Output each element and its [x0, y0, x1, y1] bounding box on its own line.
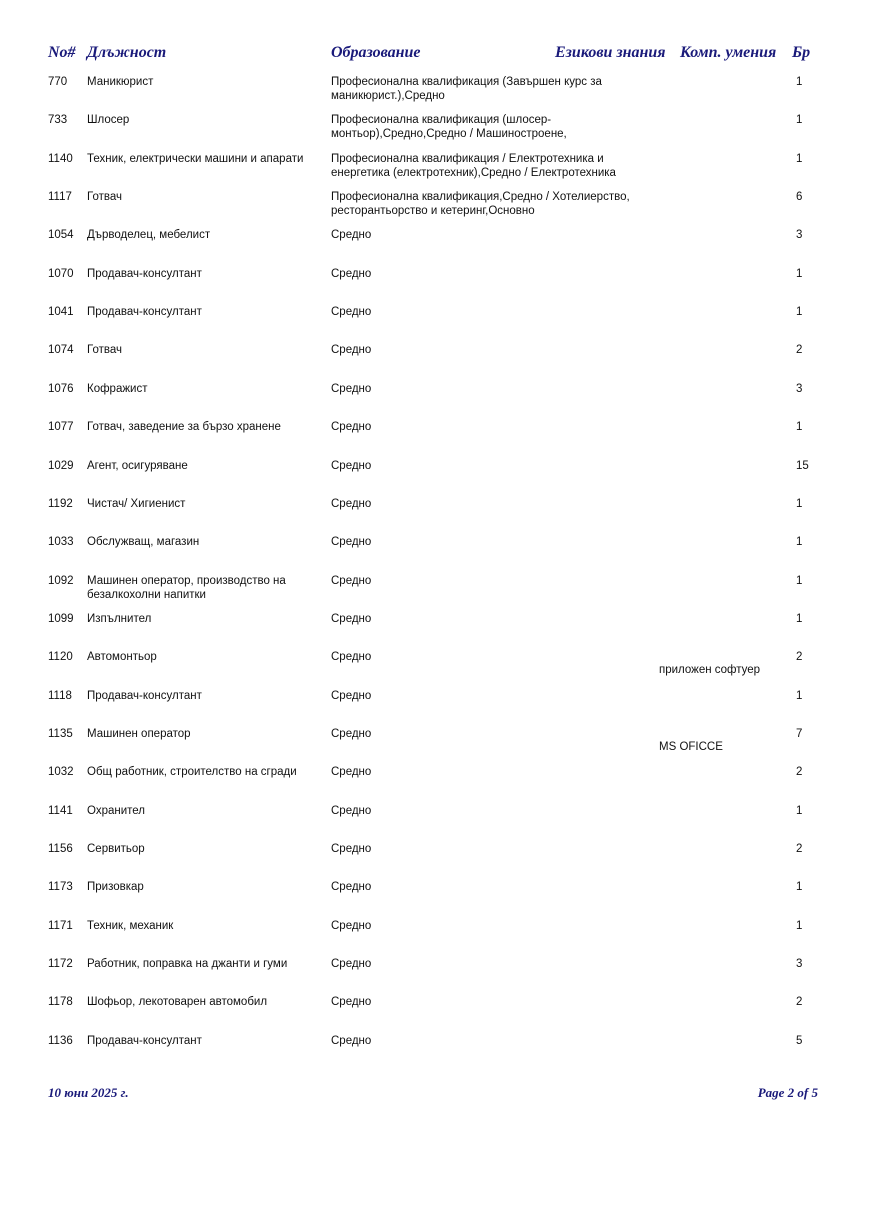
- row-count: 1: [796, 574, 802, 588]
- row-position: Обслужващ, магазин: [87, 535, 327, 549]
- row-number: 1156: [48, 842, 73, 856]
- row-education: Професионална квалификация,Средно / Хоте…: [331, 190, 641, 218]
- row-position: Дърводелец, мебелист: [87, 228, 327, 242]
- row-count: 2: [796, 650, 802, 664]
- row-count: 1: [796, 612, 802, 626]
- row-position: Охранител: [87, 804, 327, 818]
- row-number: 1076: [48, 382, 74, 396]
- row-count: 15: [796, 459, 809, 473]
- row-position: Агент, осигуряване: [87, 459, 327, 473]
- report-date: 10 юни 2025 г.: [48, 1085, 129, 1101]
- row-count: 1: [796, 305, 802, 319]
- row-position: Готвач: [87, 190, 327, 204]
- row-position: Чистач/ Хигиенист: [87, 497, 327, 511]
- row-number: 1029: [48, 459, 74, 473]
- column-header-count: Бр: [792, 44, 810, 62]
- row-computer-skills: MS OFICCE: [659, 740, 723, 754]
- row-position: Продавач-консултант: [87, 1034, 327, 1048]
- row-position: Готвач: [87, 343, 327, 357]
- row-position: Маникюрист: [87, 75, 327, 89]
- row-education: Средно: [331, 1034, 641, 1048]
- row-education: Средно: [331, 689, 641, 703]
- row-count: 2: [796, 765, 802, 779]
- column-header-languages: Езикови знания: [555, 44, 666, 62]
- row-position: Техник, електрически машини и апарати: [87, 152, 327, 166]
- row-education: Средно: [331, 535, 641, 549]
- row-count: 1: [796, 75, 802, 89]
- row-number: 1173: [48, 880, 73, 894]
- row-count: 2: [796, 842, 802, 856]
- row-education: Средно: [331, 880, 641, 894]
- row-number: 1135: [48, 727, 73, 741]
- row-number: 1140: [48, 152, 73, 166]
- row-count: 3: [796, 957, 802, 971]
- row-education: Средно: [331, 919, 641, 933]
- row-education: Средно: [331, 804, 641, 818]
- row-number: 1192: [48, 497, 73, 511]
- row-position: Шлосер: [87, 113, 327, 127]
- row-position: Автомонтьор: [87, 650, 327, 664]
- row-position: Шофьор, лекотоварен автомобил: [87, 995, 327, 1009]
- row-position: Продавач-консултант: [87, 305, 327, 319]
- row-position: Призовкар: [87, 880, 327, 894]
- row-education: Средно: [331, 574, 641, 588]
- row-number: 1117: [48, 190, 72, 204]
- row-position: Техник, механик: [87, 919, 327, 933]
- column-header-position: Длъжност: [87, 44, 166, 62]
- row-education: Професионална квалификация (Завършен кур…: [331, 75, 641, 103]
- row-count: 1: [796, 497, 802, 511]
- row-number: 1070: [48, 267, 74, 281]
- row-number: 1041: [48, 305, 74, 319]
- page-number: Page 2 of 5: [758, 1085, 818, 1101]
- row-number: 1099: [48, 612, 74, 626]
- row-number: 1033: [48, 535, 74, 549]
- row-number: 1054: [48, 228, 74, 242]
- row-education: Средно: [331, 228, 641, 242]
- column-header-computer-skills: Комп. умения: [680, 44, 776, 62]
- row-number: 1077: [48, 420, 74, 434]
- row-computer-skills: приложен софтуер: [659, 663, 760, 677]
- row-number: 1141: [48, 804, 73, 818]
- row-position: Сервитьор: [87, 842, 327, 856]
- row-position: Продавач-консултант: [87, 689, 327, 703]
- row-number: 1074: [48, 343, 74, 357]
- row-education: Средно: [331, 842, 641, 856]
- row-number: 733: [48, 113, 67, 127]
- row-education: Средно: [331, 995, 641, 1009]
- row-count: 6: [796, 190, 802, 204]
- row-count: 1: [796, 804, 802, 818]
- row-count: 7: [796, 727, 802, 741]
- row-count: 3: [796, 228, 802, 242]
- row-number: 1092: [48, 574, 74, 588]
- row-education: Средно: [331, 612, 641, 626]
- column-header-education: Образование: [331, 44, 421, 62]
- row-education: Средно: [331, 765, 641, 779]
- row-education: Средно: [331, 382, 641, 396]
- row-number: 1118: [48, 689, 72, 703]
- row-count: 2: [796, 343, 802, 357]
- row-count: 1: [796, 689, 802, 703]
- row-education: Средно: [331, 650, 641, 664]
- row-education: Средно: [331, 267, 641, 281]
- row-number: 1032: [48, 765, 74, 779]
- row-education: Средно: [331, 957, 641, 971]
- row-position: Работник, поправка на джанти и гуми: [87, 957, 327, 971]
- row-number: 1172: [48, 957, 73, 971]
- row-count: 1: [796, 152, 802, 166]
- row-position: Кофражист: [87, 382, 327, 396]
- row-education: Средно: [331, 305, 641, 319]
- row-number: 1120: [48, 650, 73, 664]
- row-count: 1: [796, 420, 802, 434]
- row-position: Машинен оператор, производство на безалк…: [87, 574, 327, 602]
- row-count: 1: [796, 919, 802, 933]
- row-position: Готвач, заведение за бързо хранене: [87, 420, 327, 434]
- row-education: Средно: [331, 343, 641, 357]
- row-count: 2: [796, 995, 802, 1009]
- row-education: Средно: [331, 497, 641, 511]
- row-education: Средно: [331, 420, 641, 434]
- row-number: 1178: [48, 995, 73, 1009]
- row-education: Средно: [331, 727, 641, 741]
- row-count: 5: [796, 1034, 802, 1048]
- row-count: 1: [796, 880, 802, 894]
- row-education: Професионална квалификация / Електротехн…: [331, 152, 641, 180]
- row-education: Средно: [331, 459, 641, 473]
- row-position: Продавач-консултант: [87, 267, 327, 281]
- row-position: Общ работник, строителство на сгради: [87, 765, 327, 779]
- row-position: Изпълнител: [87, 612, 327, 626]
- row-position: Машинен оператор: [87, 727, 327, 741]
- row-number: 770: [48, 75, 67, 89]
- row-count: 1: [796, 535, 802, 549]
- row-number: 1171: [48, 919, 73, 933]
- column-header-no: No#: [48, 44, 76, 62]
- row-education: Професионална квалификация (шлосер-монть…: [331, 113, 641, 141]
- row-count: 1: [796, 113, 802, 127]
- row-number: 1136: [48, 1034, 73, 1048]
- row-count: 1: [796, 267, 802, 281]
- report-page: No# Длъжност Образование Езикови знания …: [0, 0, 870, 1230]
- row-count: 3: [796, 382, 802, 396]
